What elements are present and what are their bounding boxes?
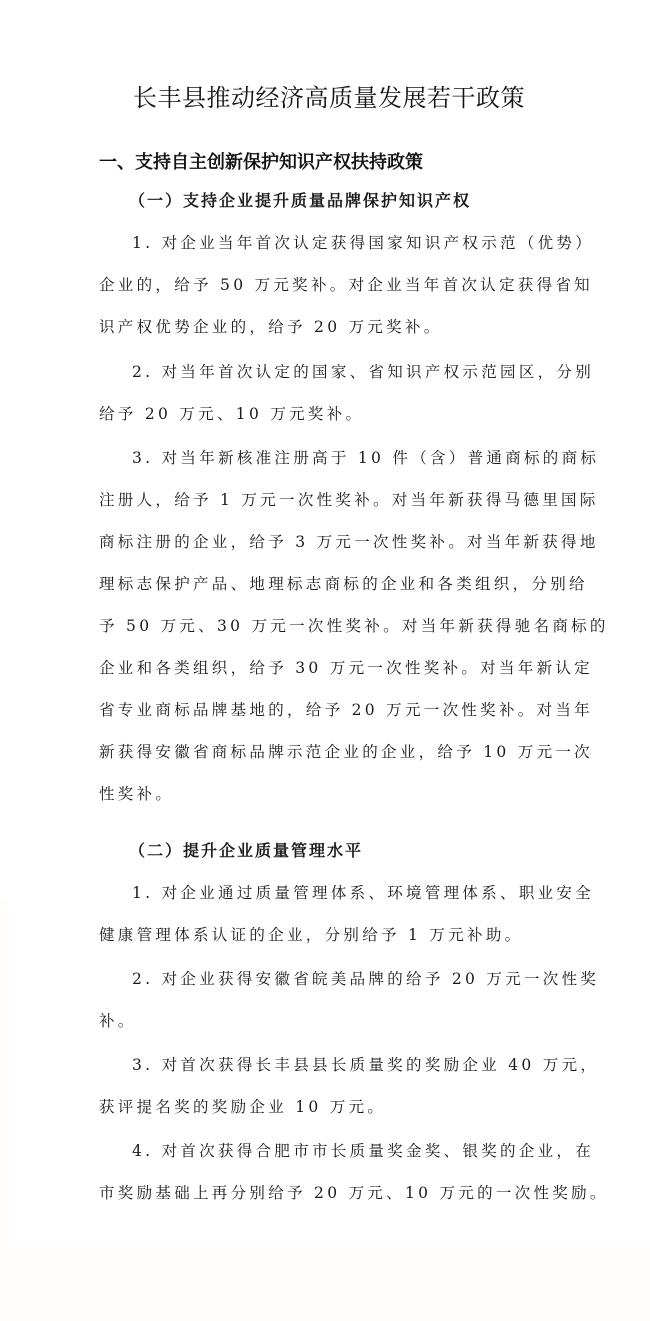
subsection-heading-2: （二）提升企业质量管理水平 (129, 838, 363, 861)
paragraph-2-1: 1. 对企业通过质量管理体系、环境管理体系、职业安全 健康管理体系认证的企业，分… (99, 872, 559, 956)
paragraph-line: 3. 对首次获得长丰县县长质量奖的奖励企业 40 万元， (99, 1044, 559, 1086)
paragraph-line: 3. 对当年新核准注册高于 10 件（含）普通商标的商标 (99, 437, 559, 479)
paragraph-line: 4. 对首次获得合肥市市长质量奖金奖、银奖的企业，在 (99, 1130, 559, 1172)
paragraph-2-2: 2. 对企业获得安徽省皖美品牌的给予 20 万元一次性奖 补。 (99, 958, 559, 1042)
paragraph-line: 新获得安徽省商标品牌示范企业的企业，给予 10 万元一次 (99, 731, 559, 773)
paragraph-line: 健康管理体系认证的企业，分别给予 1 万元补助。 (99, 914, 559, 956)
paragraph-line: 识产权优势企业的，给予 20 万元奖补。 (99, 306, 559, 348)
paragraph-line: 补。 (99, 1000, 559, 1042)
page-edge-shade (0, 900, 8, 1246)
paragraph-line: 商标注册的企业，给予 3 万元一次性奖补。对当年新获得地 (99, 521, 559, 563)
paragraph-line: 企业和各类组织，给予 30 万元一次性奖补。对当年新认定 (99, 647, 559, 689)
paragraph-line: 理标志保护产品、地理标志商标的企业和各类组织，分别给 (99, 563, 559, 605)
section-heading-1: 一、支持自主创新保护知识产权扶持政策 (99, 148, 423, 174)
paragraph-1-2: 2. 对当年首次认定的国家、省知识产权示范园区，分别 给予 20 万元、10 万… (99, 351, 559, 435)
paragraph-line: 给予 20 万元、10 万元奖补。 (99, 393, 559, 435)
paragraph-1-1: 1. 对企业当年首次认定获得国家知识产权示范（优势） 企业的，给予 50 万元奖… (99, 222, 559, 348)
paragraph-2-3: 3. 对首次获得长丰县县长质量奖的奖励企业 40 万元， 获评提名奖的奖励企业 … (99, 1044, 559, 1128)
paragraph-1-3: 3. 对当年新核准注册高于 10 件（含）普通商标的商标 注册人，给予 1 万元… (99, 437, 559, 815)
document-page: 长丰县推动经济高质量发展若干政策 一、支持自主创新保护知识产权扶持政策 （一）支… (0, 0, 650, 1321)
paragraph-line: 企业的，给予 50 万元奖补。对企业当年首次认定获得省知 (99, 264, 559, 306)
paragraph-line: 1. 对企业通过质量管理体系、环境管理体系、职业安全 (99, 872, 559, 914)
paragraph-line: 市奖励基础上再分别给予 20 万元、10 万元的一次性奖励。 (99, 1172, 559, 1214)
paragraph-line: 注册人，给予 1 万元一次性奖补。对当年新获得马德里国际 (99, 479, 559, 521)
paragraph-line: 性奖补。 (99, 773, 559, 815)
paragraph-line: 1. 对企业当年首次认定获得国家知识产权示范（优势） (99, 222, 559, 264)
paragraph-line: 2. 对企业获得安徽省皖美品牌的给予 20 万元一次性奖 (99, 958, 559, 1000)
paragraph-line: 获评提名奖的奖励企业 10 万元。 (99, 1086, 559, 1128)
paragraph-line: 2. 对当年首次认定的国家、省知识产权示范园区，分别 (99, 351, 559, 393)
subsection-heading-1: （一）支持企业提升质量品牌保护知识产权 (129, 188, 471, 211)
paragraph-line: 省专业商标品牌基地的，给予 20 万元一次性奖补。对当年 (99, 689, 559, 731)
page-bottom-margin (0, 1246, 650, 1321)
paragraph-2-4: 4. 对首次获得合肥市市长质量奖金奖、银奖的企业，在 市奖励基础上再分别给予 2… (99, 1130, 559, 1214)
paragraph-line: 予 50 万元、30 万元一次性奖补。对当年新获得驰名商标的 (99, 605, 559, 647)
document-title: 长丰县推动经济高质量发展若干政策 (99, 78, 559, 113)
